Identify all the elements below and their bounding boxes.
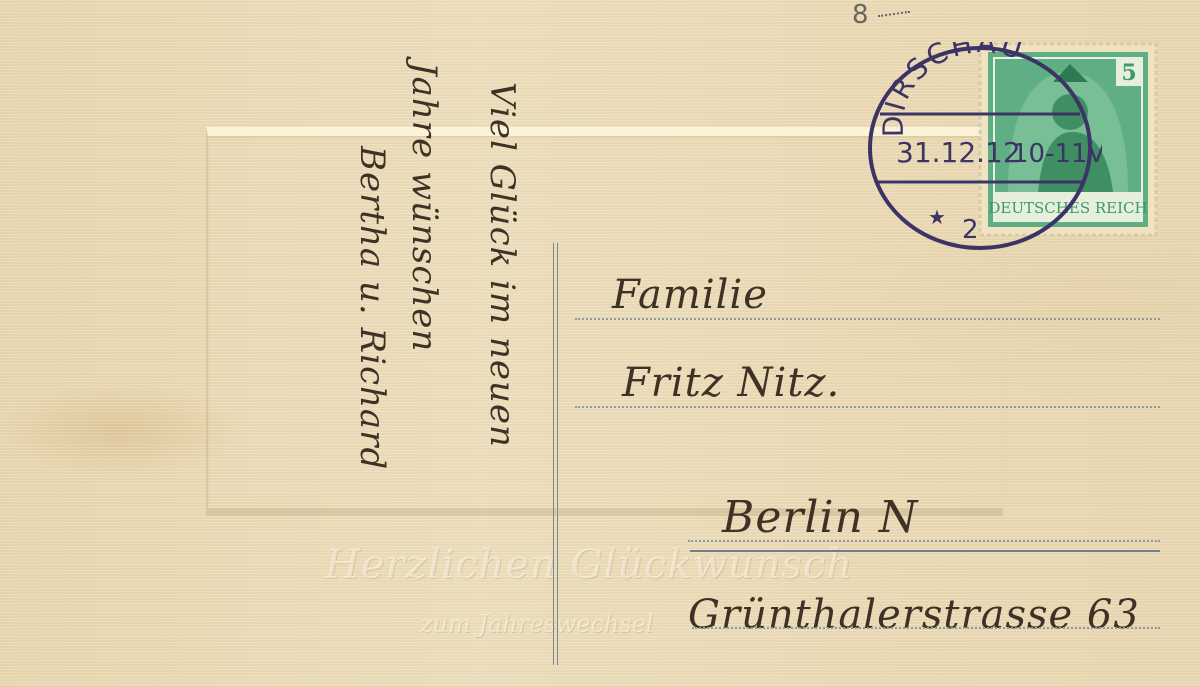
address-rule-3-underline: [690, 550, 1160, 552]
postmark-place: DIRSCHAU: [877, 42, 1029, 137]
stamp-denomination: 5: [1121, 60, 1136, 86]
address-line-4: Grünthalerstrasse 63: [688, 592, 1140, 638]
postmark-time: 10-11V: [1012, 139, 1102, 169]
embossed-greeting-line2: zum Jahreswechsel: [420, 610, 654, 638]
postmark-date: 31.12.12: [896, 136, 1021, 169]
address-rule-2: [575, 406, 1160, 408]
postmark-code: 2: [962, 215, 979, 245]
address-rule-3: [688, 540, 1160, 542]
address-line-1: Familie: [612, 272, 768, 318]
address-rule-1: [575, 318, 1160, 320]
embossed-greeting-line1: Herzlichen Glückwunsch: [325, 542, 853, 588]
pencil-dash: [878, 11, 910, 17]
address-divider: [553, 243, 558, 665]
postcard: 8 Herzlichen Glückwunsch zum Jahreswechs…: [0, 0, 1200, 687]
address-rule-4: [692, 627, 1160, 629]
address-line-3: Berlin N: [722, 492, 918, 543]
message-column-2: Jahre wünschen: [404, 62, 444, 352]
message-column-1: Viel Glück im neuen: [482, 82, 522, 448]
address-line-2: Fritz Nitz.: [622, 360, 840, 406]
postmark-star: ★: [928, 205, 946, 229]
message-column-3: Bertha u. Richard: [352, 146, 392, 470]
postmark: DIRSCHAU 31.12.12 10-11V ★ 2: [862, 42, 1102, 254]
pencil-mark: 8: [852, 0, 869, 30]
